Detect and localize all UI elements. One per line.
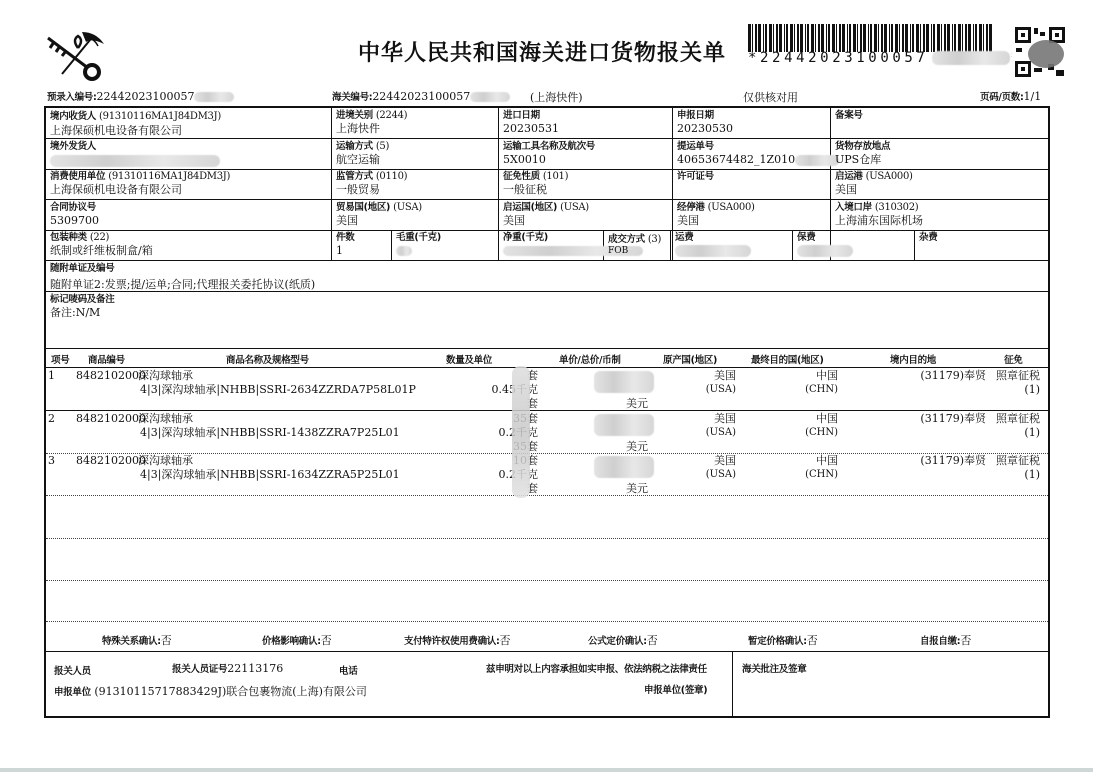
item-name: 深沟球轴承 <box>138 454 193 468</box>
phone-label: 电话 <box>339 663 357 677</box>
item-price-blurred <box>594 456 654 480</box>
item-dest-code: (CHN) <box>805 468 838 482</box>
field-gross-weight: 毛重(千克) <box>396 232 441 257</box>
verify-note: 仅供核对用 <box>743 89 798 105</box>
item-origin-code: (USA) <box>706 426 736 440</box>
field-supervision-mode: 监管方式 (0110) 一般贸易 <box>336 171 407 197</box>
field-vessel-voyage: 运输工具名称及航次号 5X0010 <box>503 141 595 167</box>
item-spec: 4|3|深沟球轴承|NHBB|SSRI-2634ZZRDA7P58L01P <box>140 383 416 397</box>
field-storage-place: 货物存放地点 UPS仓库 <box>835 141 890 167</box>
items-header-hs-code: 商品编号 <box>88 352 125 366</box>
qr-code-icon <box>1012 24 1068 80</box>
field-contract-no: 合同协议号 5309700 <box>50 202 99 228</box>
item-domestic-dest: (31179)奉贤 <box>920 369 986 383</box>
customs-office-note: (上海快件) <box>530 89 583 105</box>
barcode-number: *22442023100057* <box>748 50 1022 66</box>
confirm-provisional-price: 暂定价格确认:否 <box>748 632 818 648</box>
item-spec: 4|3|深沟球轴承|NHBB|SSRI-1634ZZRA5P25L01 <box>140 468 400 482</box>
field-bill-no: 提运单号 40653674482_1Z010 <box>677 141 839 167</box>
redaction-mark <box>512 366 530 498</box>
item-no: 3 <box>48 454 55 468</box>
field-departure-port: 启运港 (USA000) 美国 <box>835 171 913 197</box>
item-spec: 4|3|深沟球轴承|NHBB|SSRI-1438ZZRA7P25L01 <box>140 426 400 440</box>
items-header-qty: 数量及单位 <box>446 352 492 366</box>
item-price-blurred <box>594 371 654 395</box>
field-record-no: 备案号 <box>835 110 863 122</box>
item-levy: 照章征税 <box>996 412 1040 426</box>
items-header-dest-country: 最终目的国(地区) <box>751 352 823 366</box>
item-hs-code: 8482102000 <box>76 369 146 383</box>
item-no: 2 <box>48 412 55 426</box>
document-title: 中华人民共和国海关进口货物报关单 <box>358 36 726 67</box>
field-misc-fee: 杂费 <box>919 232 937 244</box>
legal-statement: 兹申明对以上内容承担如实申报、依法纳税之法律责任 <box>486 661 707 675</box>
declarant-label: 报关人员 <box>54 663 91 677</box>
confirm-special-relationship: 特殊关系确认:否 <box>102 632 172 648</box>
field-attached-docs: 随附单证及编号 随附单证2:发票;提/运单;合同;代理报关委托协议(纸质) <box>50 263 315 292</box>
item-domestic-dest: (31179)奉贤 <box>920 412 986 426</box>
field-consumer-unit: 消费使用单位 (91310116MA1J84DM3J) 上海保硕机电设备有限公司 <box>50 171 230 197</box>
barcode <box>748 24 996 52</box>
field-departure-country: 启运国(地区) (USA) 美国 <box>503 202 589 228</box>
field-freight: 运费 <box>675 232 751 257</box>
field-overseas-shipper: 境外发货人 <box>50 141 220 167</box>
items-header-no: 项号 <box>51 352 69 366</box>
field-levy-nature: 征免性质 (101) 一般征税 <box>503 171 568 197</box>
declaration-form: 境内收货人 (91310116MA1J84DM3J) 上海保硕机电设备有限公司 … <box>44 106 1050 718</box>
item-domestic-dest: (31179)奉贤 <box>920 454 986 468</box>
item-dest: 中国 <box>816 454 838 468</box>
confirm-self-declare: 自报自缴:否 <box>920 632 971 648</box>
item-currency: 美元 <box>626 440 648 454</box>
item-dest-code: (CHN) <box>805 383 838 397</box>
item-name: 深沟球轴承 <box>138 369 193 383</box>
declarant-cert: 报关人员证号22113176 <box>172 661 283 675</box>
item-origin: 美国 <box>714 369 736 383</box>
field-license-no: 许可证号 <box>677 171 714 183</box>
page-bottom-edge <box>0 768 1093 772</box>
item-origin: 美国 <box>714 412 736 426</box>
item-levy: 照章征税 <box>996 369 1040 383</box>
item-origin: 美国 <box>714 454 736 468</box>
page-indicator: 页码/页数:1/1 <box>980 89 1041 103</box>
customs-number: 海关编号:22442023100057 <box>332 89 510 103</box>
field-transit-port: 经停港 (USA000) 美国 <box>677 202 755 228</box>
item-currency: 美元 <box>626 397 648 411</box>
item-levy-code: (1) <box>1024 426 1040 440</box>
field-declare-date: 申报日期 20230530 <box>677 110 733 136</box>
confirm-price-influence: 价格影响确认:否 <box>262 632 332 648</box>
field-transaction-mode: 成交方式 (3) FOB <box>608 234 661 256</box>
field-consignee: 境内收货人 (91310116MA1J84DM3J) 上海保硕机电设备有限公司 <box>50 110 221 138</box>
field-entry-customs: 进境关别 (2244) 上海快件 <box>336 110 407 136</box>
confirm-royalty-payment: 支付特许权使用费确认:否 <box>404 632 511 648</box>
field-trade-country: 贸易国(地区) (USA) 美国 <box>336 202 422 228</box>
items-header-levy: 征免 <box>1004 352 1022 366</box>
item-origin-code: (USA) <box>706 468 736 482</box>
field-package-type: 包装种类 (22) 纸制或纤维板制盒/箱 <box>50 232 153 258</box>
customs-approval: 海关批注及签章 <box>742 661 806 675</box>
items-header-name: 商品名称及规格型号 <box>226 352 309 366</box>
item-hs-code: 8482102000 <box>76 412 146 426</box>
items-header-domestic-dest: 境内目的地 <box>890 352 936 366</box>
item-currency: 美元 <box>626 482 648 496</box>
items-header-price: 单价/总价/币制 <box>559 352 621 366</box>
item-dest: 中国 <box>816 369 838 383</box>
field-import-date: 进口日期 20230531 <box>503 110 559 136</box>
item-dest: 中国 <box>816 412 838 426</box>
field-marks-remarks: 标记唛码及备注 备注:N/M <box>50 294 114 320</box>
declare-unit: 申报单位 (91310115717883429J)联合包裹物流(上海)有限公司 <box>54 683 367 699</box>
item-levy-code: (1) <box>1024 383 1040 397</box>
field-insurance: 保费 <box>797 232 853 257</box>
confirm-formula-pricing: 公式定价确认:否 <box>588 632 658 648</box>
pre-entry-number: 预录入编号:22442023100057 <box>47 89 234 103</box>
item-levy-code: (1) <box>1024 468 1040 482</box>
item-hs-code: 8482102000 <box>76 454 146 468</box>
field-entry-port: 入境口岸 (310302) 上海浦东国际机场 <box>835 202 923 228</box>
items-header-origin: 原产国(地区) <box>663 352 717 366</box>
field-transport-mode: 运输方式 (5) 航空运输 <box>336 141 389 167</box>
item-name: 深沟球轴承 <box>138 412 193 426</box>
declare-unit-seal: 申报单位(签章) <box>644 682 707 696</box>
item-dest-code: (CHN) <box>805 426 838 440</box>
item-no: 1 <box>48 369 55 383</box>
customs-emblem-icon <box>42 28 108 82</box>
item-origin-code: (USA) <box>706 383 736 397</box>
field-pieces: 件数 1 <box>336 232 354 258</box>
item-levy: 照章征税 <box>996 454 1040 468</box>
item-price-blurred <box>594 414 654 438</box>
